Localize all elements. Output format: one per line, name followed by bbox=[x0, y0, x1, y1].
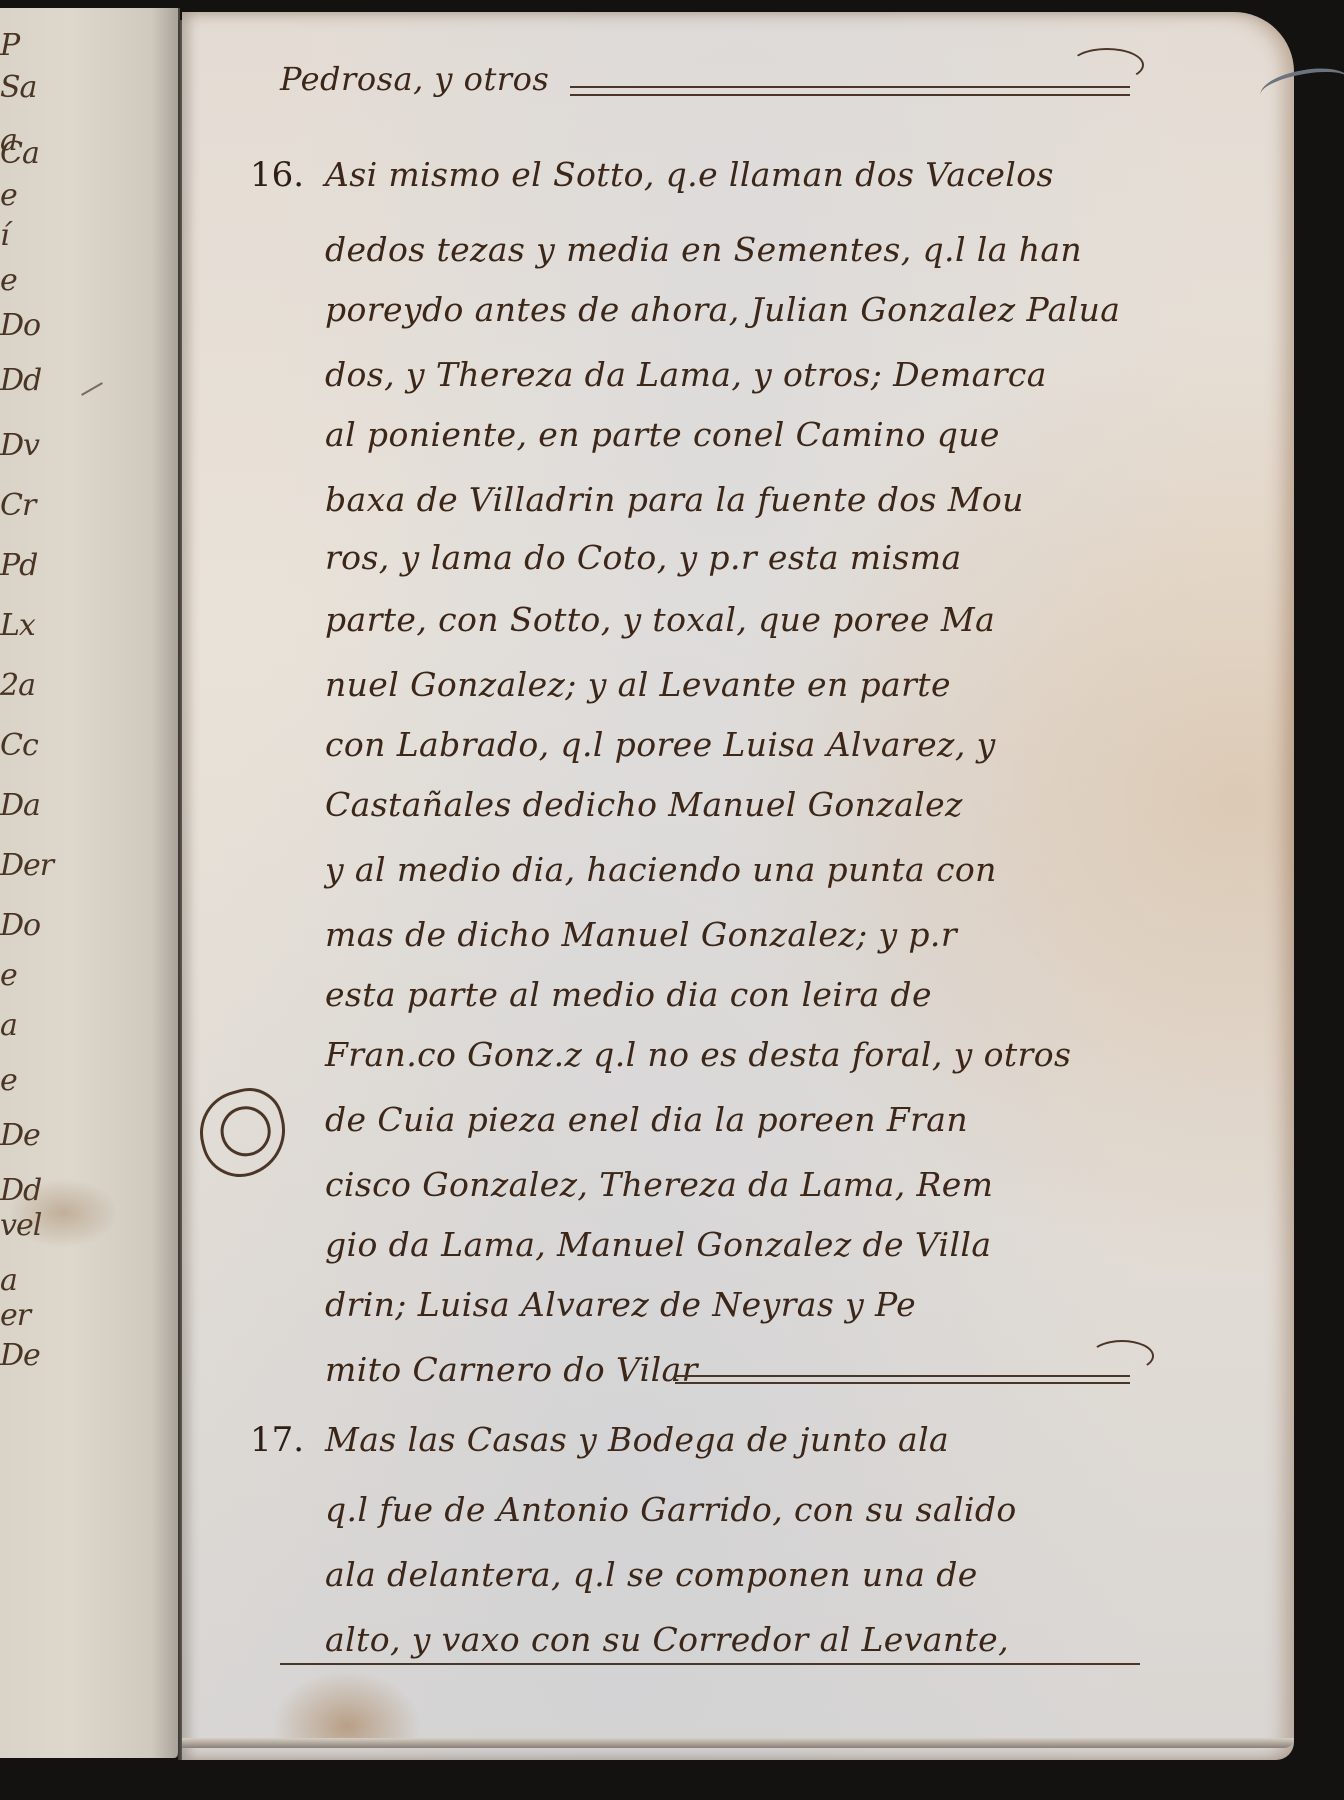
manuscript-line: y al medio dia, haciendo una punta con bbox=[325, 850, 997, 889]
header-flourish bbox=[1070, 48, 1144, 82]
manuscript-line: dedos tezas y media en Sementes, q.l la … bbox=[325, 230, 1082, 269]
entry-number-17: 17. bbox=[250, 1420, 304, 1460]
left-page-fragment: e bbox=[0, 958, 17, 993]
left-page-fragment: e bbox=[0, 178, 17, 213]
manuscript-line: drin; Luisa Alvarez de Neyras y Pe bbox=[325, 1285, 916, 1324]
manuscript-line: ala delantera, q.l se componen una de bbox=[325, 1555, 978, 1594]
left-page-fragment: Cr bbox=[0, 488, 35, 523]
left-page-fragment: Da bbox=[0, 788, 40, 823]
left-page-fragment: Do bbox=[0, 908, 40, 943]
manuscript-line: mas de dicho Manuel Gonzalez; y p.r bbox=[325, 915, 957, 954]
manuscript-line: parte, con Sotto, y toxal, que poree Ma bbox=[325, 600, 995, 639]
manuscript-line: gio da Lama, Manuel Gonzalez de Villa bbox=[325, 1225, 991, 1264]
left-page-fragment: e bbox=[0, 263, 17, 298]
left-page-fragment: e bbox=[0, 1063, 17, 1098]
manuscript-line: Mas las Casas y Bodega de junto ala bbox=[325, 1420, 949, 1459]
manuscript-line: cisco Gonzalez, Thereza da Lama, Rem bbox=[325, 1165, 993, 1204]
left-page-fragment: P bbox=[0, 28, 19, 63]
manuscript-line: alto, y vaxo con su Corredor al Levante, bbox=[325, 1620, 1009, 1659]
left-page-fragment: Ca bbox=[0, 136, 39, 171]
left-page-fragment: De bbox=[0, 1338, 40, 1373]
header-rule bbox=[570, 86, 1130, 96]
manuscript-line: con Labrado, q.l poree Luisa Alvarez, y bbox=[325, 725, 996, 764]
manuscript-line: ros, y lama do Coto, y p.r esta misma bbox=[325, 538, 962, 577]
manuscript-line: baxa de Villadrin para la fuente dos Mou bbox=[325, 480, 1024, 519]
manuscript-line: Fran.co Gonz.z q.l no es desta foral, y … bbox=[325, 1035, 1071, 1074]
pencil-mark bbox=[81, 382, 103, 396]
manuscript-photo: P Sa a Ca e í e Do Dd Dv Cr Pd Lx 2a Cc … bbox=[0, 0, 1344, 1800]
entry-number-16: 16. bbox=[250, 155, 304, 195]
left-page-fragment: Dv bbox=[0, 428, 39, 463]
left-page-fragment: í bbox=[0, 218, 9, 253]
manuscript-line: q.l fue de Antonio Garrido, con su salid… bbox=[325, 1490, 1017, 1529]
manuscript-line: Castañales dedicho Manuel Gonzalez bbox=[325, 785, 963, 824]
left-page-fragment: Sa bbox=[0, 70, 36, 105]
left-page-fragment: De bbox=[0, 1118, 40, 1153]
manuscript-line: esta parte al medio dia con leira de bbox=[325, 975, 932, 1014]
left-page-verso: P Sa a Ca e í e Do Dd Dv Cr Pd Lx 2a Cc … bbox=[0, 8, 180, 1758]
manuscript-line: poreydo antes de ahora, Julian Gonzalez … bbox=[325, 290, 1120, 329]
left-page-fragment: er bbox=[0, 1298, 30, 1333]
manuscript-line: mito Carnero do Vilar bbox=[325, 1350, 698, 1389]
left-page-fragment: Der bbox=[0, 848, 53, 883]
entry-end-rule bbox=[675, 1375, 1130, 1384]
running-head: Pedrosa, y otros bbox=[280, 60, 549, 98]
manuscript-line: de Cuia pieza enel dia la poreen Fran bbox=[325, 1100, 968, 1139]
bottom-rule bbox=[280, 1663, 1140, 1665]
left-page-fragment: Dd bbox=[0, 363, 41, 398]
manuscript-line: nuel Gonzalez; y al Levante en parte bbox=[325, 665, 951, 704]
left-page-fragment: a bbox=[0, 1008, 17, 1043]
left-page-fragment: 2a bbox=[0, 668, 35, 703]
manuscript-line: dos, y Thereza da Lama, y otros; Demarca bbox=[325, 355, 1047, 394]
left-page-fragment: Pd bbox=[0, 548, 37, 583]
left-page-fragment: Do bbox=[0, 308, 40, 343]
water-stain bbox=[272, 1670, 422, 1740]
page-edge bbox=[182, 1738, 1294, 1748]
entry-end-flourish bbox=[1090, 1340, 1154, 1372]
manuscript-line: Asi mismo el Sotto, q.e llaman dos Vacel… bbox=[325, 155, 1054, 194]
manuscript-line: al poniente, en parte conel Camino que bbox=[325, 415, 1000, 454]
left-page-fragment: Cc bbox=[0, 728, 38, 763]
ink-blot-stain bbox=[8, 1178, 118, 1248]
left-page-fragment: Lx bbox=[0, 608, 35, 643]
left-page-fragment: a bbox=[0, 1263, 17, 1298]
